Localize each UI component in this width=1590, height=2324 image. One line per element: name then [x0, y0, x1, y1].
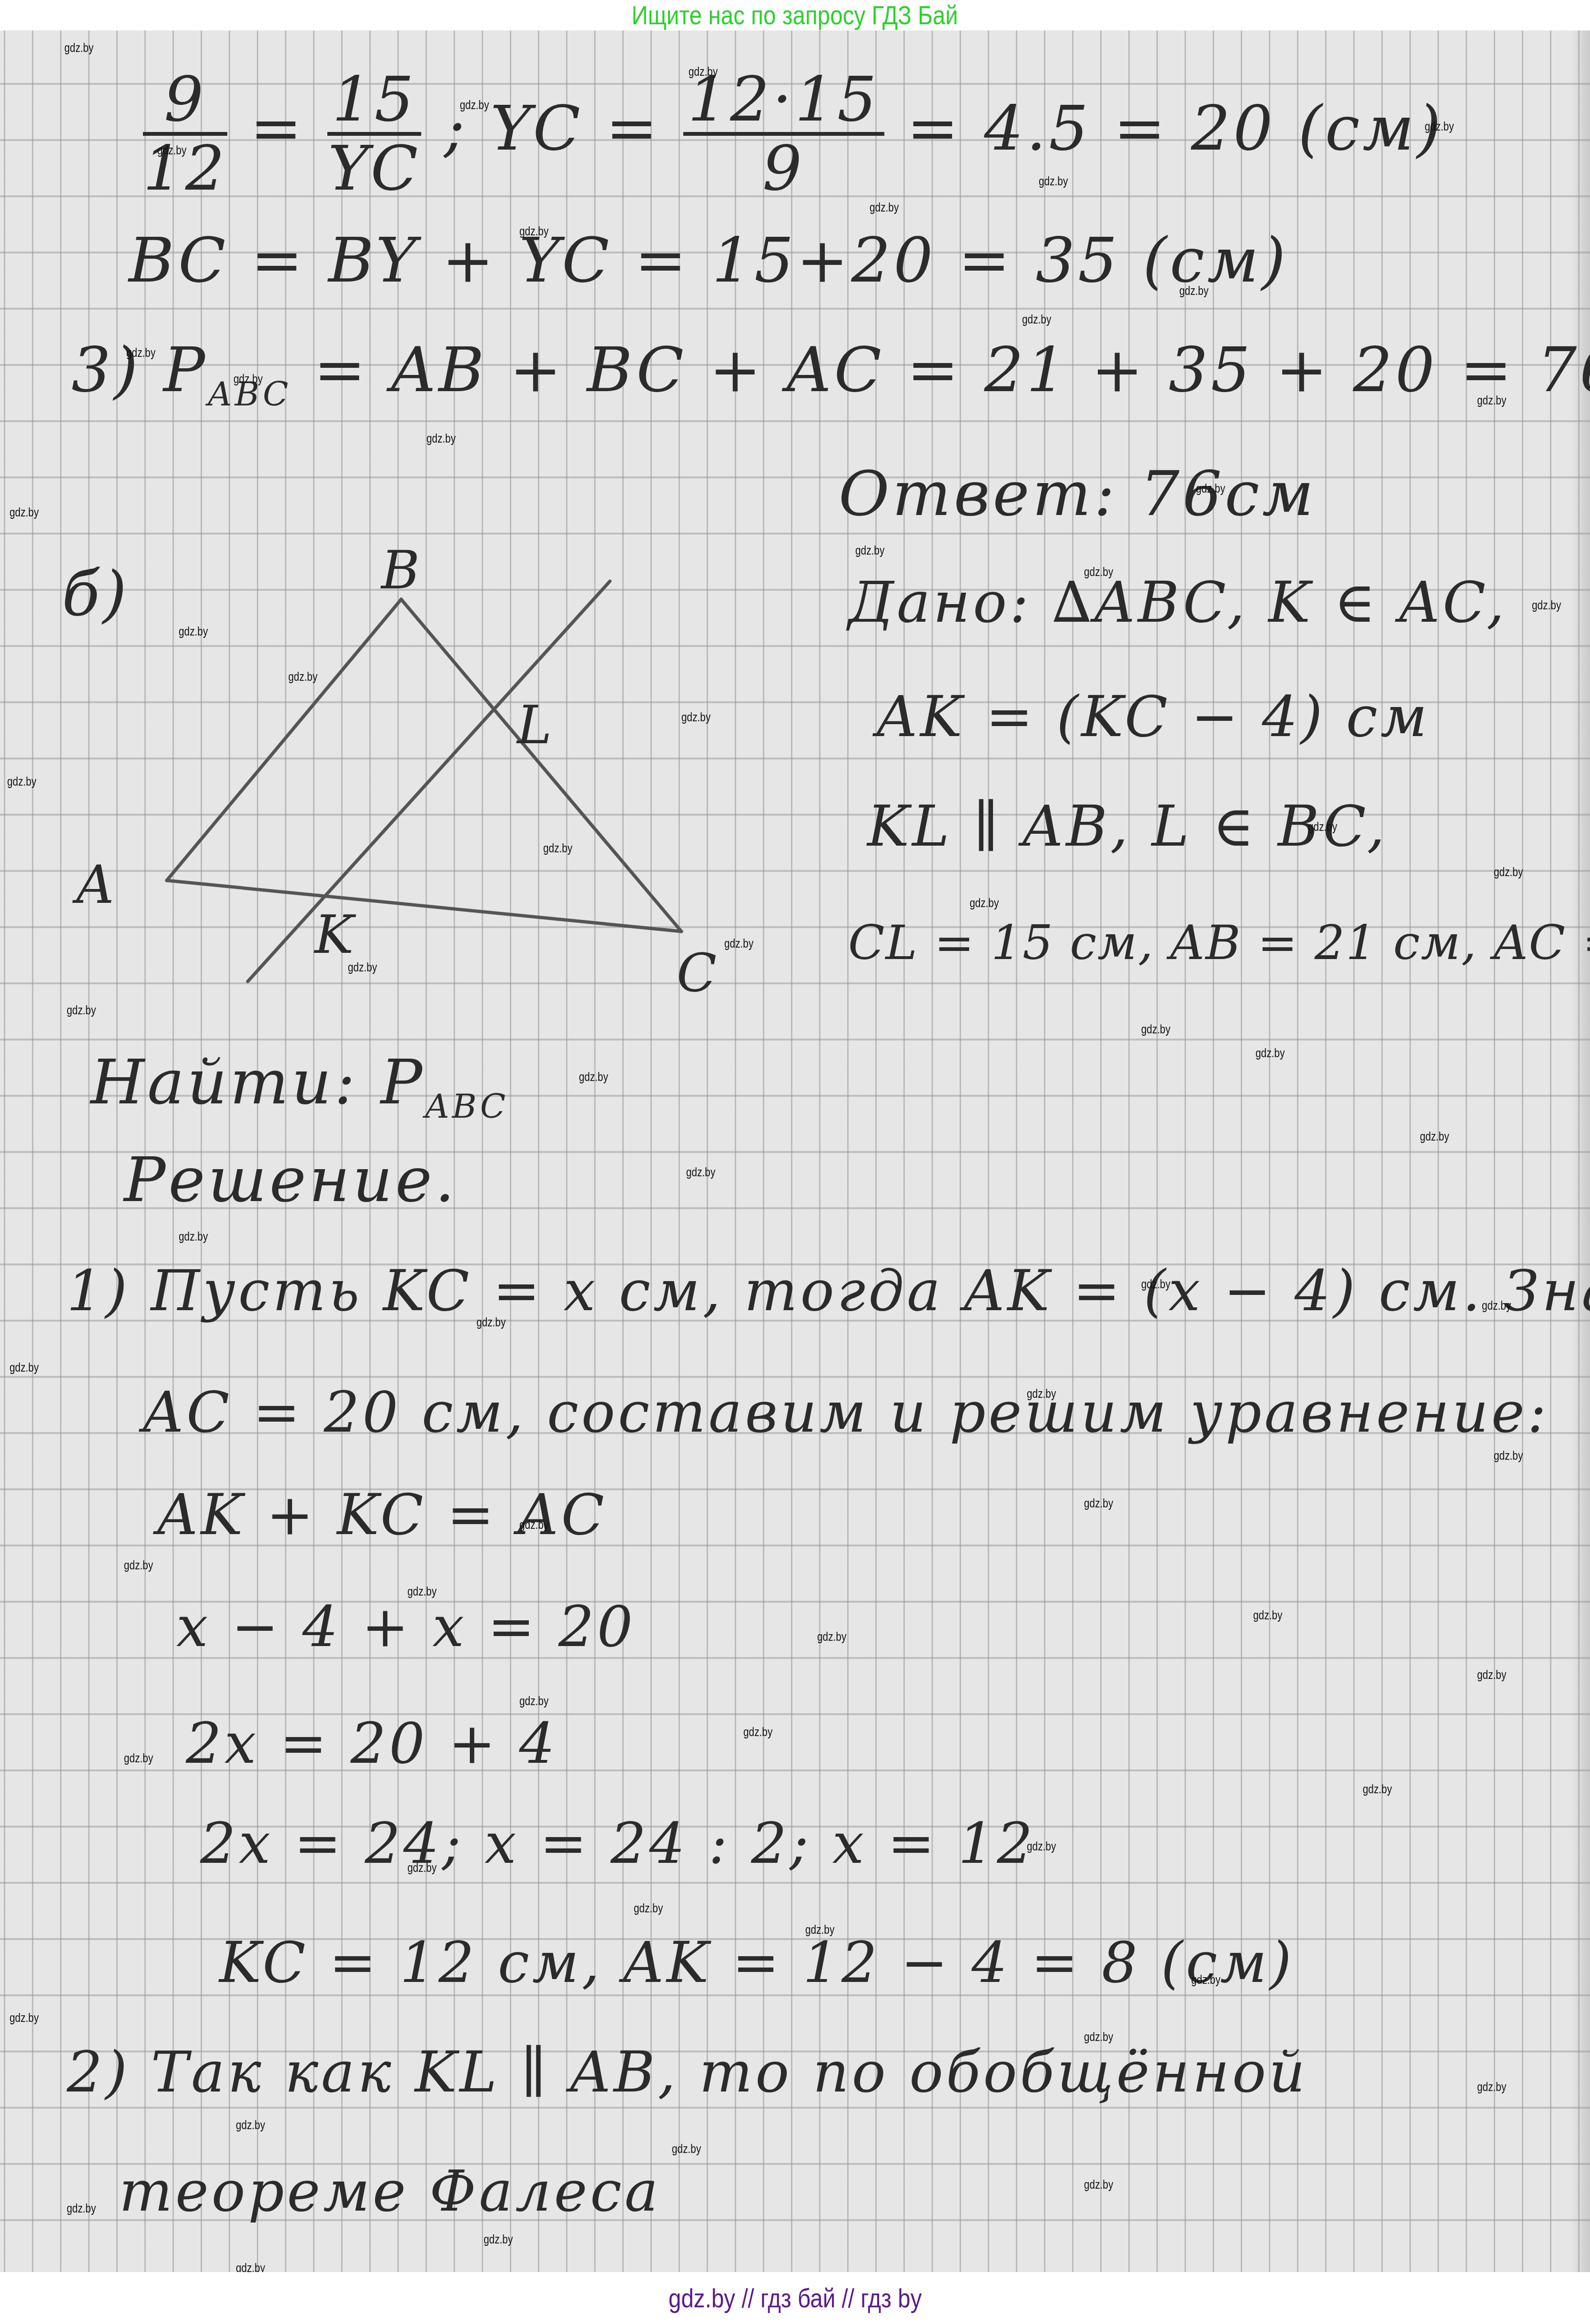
watermark: gdz.by — [1039, 174, 1068, 189]
point-k-label: K — [314, 904, 356, 965]
step-2-line-1: 2) Так как KL ∥ AB, то по обобщённой — [67, 2039, 1308, 2105]
watermark: gdz.by — [7, 774, 36, 789]
watermark: gdz.by — [1477, 393, 1506, 408]
watermark: gdz.by — [1256, 1046, 1285, 1061]
watermark: gdz.by — [476, 1315, 506, 1330]
bottom-banner: gdz.by // гдз бай // гдз by — [0, 2272, 1590, 2324]
given-line-1: Дано: ∆ABC, K ∈ AC, — [848, 569, 1507, 635]
watermark: gdz.by — [288, 669, 317, 684]
watermark: gdz.by — [817, 1629, 846, 1644]
watermark: gdz.by — [1494, 1448, 1523, 1463]
watermark: gdz.by — [689, 64, 718, 79]
watermark: gdz.by — [672, 2142, 701, 2156]
watermark: gdz.by — [233, 372, 263, 386]
watermark: gdz.by — [1084, 2030, 1113, 2044]
watermark: gdz.by — [519, 1694, 548, 1708]
watermark: gdz.by — [855, 543, 884, 558]
watermark: gdz.by — [681, 710, 710, 725]
watermark: gdz.by — [426, 431, 456, 446]
watermark: gdz.by — [64, 40, 93, 55]
watermark: gdz.by — [1141, 1022, 1170, 1037]
watermark: gdz.by — [579, 1070, 608, 1084]
watermark: gdz.by — [1084, 1496, 1113, 1511]
watermark: gdz.by — [1482, 1298, 1511, 1313]
watermark: gdz.by — [1477, 2080, 1506, 2094]
watermark: gdz.by — [1425, 119, 1454, 134]
watermark: gdz.by — [10, 2011, 39, 2025]
watermark: gdz.by — [407, 1860, 436, 1875]
watermark: gdz.by — [124, 1751, 153, 1766]
watermark: gdz.by — [1494, 865, 1523, 879]
watermark: gdz.by — [686, 1165, 715, 1180]
bottom-banner-text[interactable]: gdz.by // гдз бай // гдз by — [668, 2272, 922, 2324]
watermark: gdz.by — [407, 1584, 436, 1599]
find-line: Найти: PABC — [91, 1046, 508, 1126]
watermark: gdz.by — [743, 1725, 772, 1739]
watermark: gdz.by — [1022, 312, 1051, 327]
kc-ak-result: KC = 12 см, AK = 12 − 4 = 8 (см) — [219, 1930, 1295, 1995]
watermark: gdz.by — [870, 200, 899, 215]
watermark: gdz.by — [124, 1558, 153, 1573]
equation-1: AK + KC = AC — [157, 1482, 607, 1547]
solution-title: Решение. — [124, 1143, 457, 1216]
watermark: gdz.by — [67, 2201, 96, 2216]
vertex-c-label: C — [677, 942, 717, 1003]
watermark: gdz.by — [179, 1229, 208, 1244]
watermark: gdz.by — [634, 1901, 663, 1916]
watermark: gdz.by — [1253, 1608, 1282, 1623]
watermark: gdz.by — [519, 1517, 548, 1532]
watermark: gdz.by — [1027, 1386, 1056, 1401]
watermark: gdz.by — [1084, 565, 1113, 579]
watermark: gdz.by — [805, 1922, 834, 1937]
watermark: gdz.by — [236, 2118, 265, 2132]
given-line-4: CL = 15 см, AB = 21 см, AC = 20 см — [848, 915, 1590, 970]
watermark: gdz.by — [10, 1360, 39, 1375]
watermark: gdz.by — [460, 98, 489, 112]
side-ac — [167, 880, 681, 931]
watermark: gdz.by — [67, 1003, 96, 1018]
side-ab — [167, 599, 401, 880]
step-1-line-2: AC = 20 см, составим и решим уравнение: — [143, 1379, 1549, 1445]
watermark: gdz.by — [543, 841, 572, 856]
step-2-line-2: теореме Фалеса — [119, 2158, 661, 2224]
equation-4: 2x = 24; x = 24 : 2; x = 12 — [200, 1810, 1035, 1876]
equation-3: 2x = 20 + 4 — [186, 1710, 558, 1776]
watermark: gdz.by — [970, 896, 999, 910]
step-1-line-1: 1) Пусть KC = x см, тогда AK = (x − 4) с… — [67, 1258, 1590, 1324]
watermark: gdz.by — [179, 624, 208, 639]
watermark: gdz.by — [1179, 283, 1208, 298]
watermark: gdz.by — [1477, 1667, 1506, 1682]
watermark: gdz.by — [1196, 481, 1225, 496]
watermark: gdz.by — [1420, 1129, 1449, 1144]
watermark: gdz.by — [1027, 1839, 1056, 1854]
equation-2: x − 4 + x = 20 — [176, 1594, 636, 1659]
vertex-b-label: B — [380, 540, 420, 601]
watermark: gdz.by — [348, 960, 377, 975]
watermark: gdz.by — [1191, 1972, 1220, 1987]
watermark: gdz.by — [519, 224, 548, 239]
watermark: gdz.by — [1084, 2177, 1113, 2192]
watermark: gdz.by — [484, 2232, 513, 2247]
watermark: gdz.by — [10, 505, 39, 520]
watermark: gdz.by — [1532, 598, 1561, 613]
point-l-label: L — [516, 695, 552, 756]
given-line-2: AK = (KC − 4) см — [877, 684, 1430, 749]
watermark: gdz.by — [1363, 1782, 1392, 1797]
watermark: gdz.by — [1141, 1277, 1170, 1292]
watermark: gdz.by — [1308, 819, 1337, 834]
watermark: gdz.by — [724, 936, 753, 951]
watermark: gdz.by — [157, 143, 186, 158]
vertex-a-label: A — [72, 854, 114, 915]
watermark: gdz.by — [126, 345, 155, 360]
